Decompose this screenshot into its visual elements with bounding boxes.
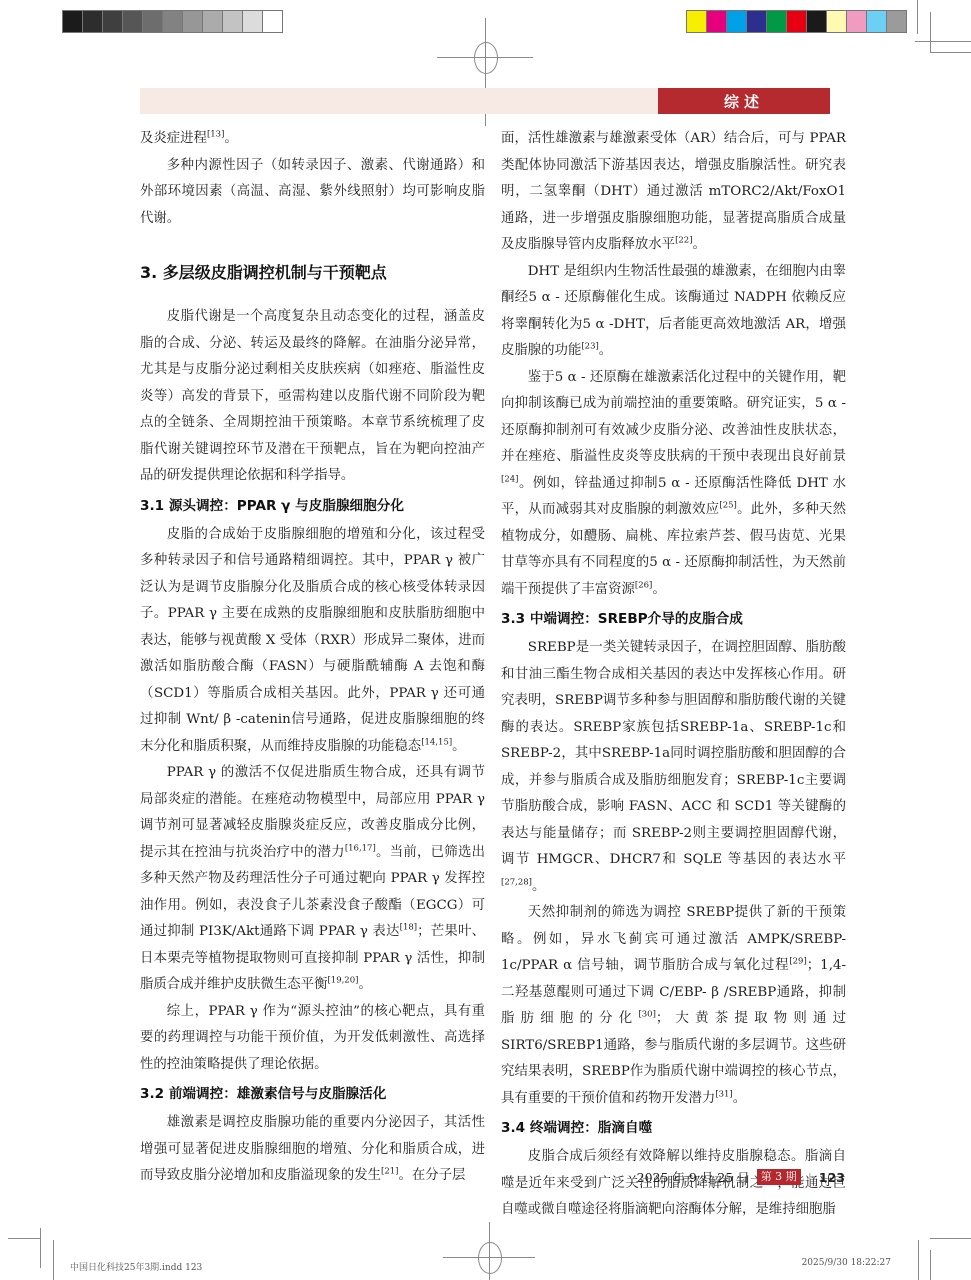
citation-ref: [26] bbox=[635, 580, 652, 590]
color-swatch bbox=[887, 11, 906, 32]
subsection-heading: 3.1 源头调控：PPAR γ 与皮脂腺细胞分化 bbox=[140, 493, 485, 520]
section-heading: 3. 多层级皮脂调控机制与干预靶点 bbox=[140, 262, 485, 284]
paragraph: PPAR γ 的激活不仅促进脂质生物合成，还具有调节局部炎症的潜能。在痤疮动物模… bbox=[140, 760, 485, 999]
color-swatch bbox=[807, 11, 827, 32]
color-swatch bbox=[707, 11, 727, 32]
citation-ref: [23] bbox=[581, 342, 598, 352]
footer-separator: | bbox=[808, 1170, 812, 1185]
subsection-heading: 3.4 终端调控：脂滴自噬 bbox=[501, 1115, 846, 1142]
crop-mark bbox=[8, 1238, 41, 1239]
color-swatch bbox=[767, 11, 787, 32]
citation-ref: [31] bbox=[715, 1089, 732, 1099]
registration-circle-bottom bbox=[478, 1242, 502, 1274]
paragraph: 及炎症进程[13]。 bbox=[140, 126, 485, 153]
crop-mark bbox=[930, 52, 971, 53]
footer-pageline: 2025 年 9 月 25 日 第 3 期 | 123 bbox=[637, 1168, 845, 1186]
color-swatch bbox=[747, 11, 767, 32]
paragraph: 鉴于5 α - 还原酶在雄激素活化过程中的关键作用，靶向抑制该酶已成为前端控油的… bbox=[501, 365, 846, 604]
crop-mark bbox=[930, 1250, 931, 1280]
paragraph: 皮脂代谢是一个高度复杂且动态变化的过程，涵盖皮脂的合成、分泌、转运及最终的降解。… bbox=[140, 304, 485, 490]
article-body: 及炎症进程[13]。多种内源性因子（如转录因子、激素、代谢通路）和外部环境因素（… bbox=[140, 126, 846, 1224]
grayscale-swatch bbox=[123, 11, 143, 32]
color-swatch bbox=[727, 11, 747, 32]
page-number: 123 bbox=[819, 1170, 845, 1185]
paragraph: 综上，PPAR γ 作为“源头控油”的核心靶点，具有重要的药理调控与功能干预价值… bbox=[140, 999, 485, 1079]
citation-ref: [13] bbox=[207, 130, 224, 140]
paragraph: 皮脂的合成始于皮脂腺细胞的增殖和分化，该过程受多种转录因子和信号通路精细调控。其… bbox=[140, 522, 485, 761]
print-slug-filename: 中国日化科技25年3期.indd 123 bbox=[70, 1260, 202, 1273]
grayscale-swatch bbox=[183, 11, 203, 32]
crop-mark bbox=[930, 1238, 971, 1239]
color-swatch bbox=[687, 11, 707, 32]
citation-ref: [14,15] bbox=[421, 737, 452, 747]
crop-mark bbox=[915, 41, 971, 42]
color-calibration-bar bbox=[686, 10, 907, 33]
citation-ref: [30] bbox=[638, 1010, 655, 1020]
subsection-heading: 3.3 中端调控：SREBP介导的皮脂合成 bbox=[501, 606, 846, 633]
color-swatch bbox=[787, 11, 807, 32]
grayscale-swatch bbox=[63, 11, 83, 32]
citation-ref: [29] bbox=[789, 957, 806, 967]
grayscale-swatch bbox=[203, 11, 223, 32]
footer-date: 2025 年 9 月 25 日 bbox=[637, 1168, 750, 1186]
journal-page: 综述 及炎症进程[13]。多种内源性因子（如转录因子、激素、代谢通路）和外部环境… bbox=[0, 0, 971, 1280]
crop-mark bbox=[40, 1228, 41, 1268]
citation-ref: [16,17] bbox=[345, 843, 376, 853]
issue-badge: 第 3 期 bbox=[757, 1169, 801, 1185]
citation-ref: [22] bbox=[675, 236, 692, 246]
color-swatch bbox=[827, 11, 847, 32]
grayscale-swatch bbox=[83, 11, 103, 32]
grayscale-swatch bbox=[263, 11, 282, 32]
paragraph: DHT 是组织内生物活性最强的雄激素，在细胞内由睾酮经5 α - 还原酶催化生成… bbox=[501, 259, 846, 365]
registration-circle-top bbox=[474, 42, 498, 74]
paragraph: 面，活性雄激素与雄激素受体（AR）结合后，可与 PPAR 类配体协同激活下游基因… bbox=[501, 126, 846, 259]
citation-ref: [25] bbox=[719, 501, 736, 511]
citation-ref: [24] bbox=[501, 474, 518, 484]
crop-mark bbox=[917, 0, 918, 34]
crop-mark bbox=[918, 1240, 919, 1280]
print-slug-timestamp: 2025/9/30 18:22:27 bbox=[802, 1258, 891, 1268]
paragraph: 雄激素是调控皮脂腺功能的重要内分泌因子，其活性增强可显著促进皮脂腺细胞的增殖、分… bbox=[140, 1110, 485, 1190]
crop-mark bbox=[53, 1240, 54, 1280]
left-column: 及炎症进程[13]。多种内源性因子（如转录因子、激素、代谢通路）和外部环境因素（… bbox=[140, 126, 485, 1224]
registration-crosshair-bottom-vertical bbox=[489, 1222, 490, 1280]
paragraph: 多种内源性因子（如转录因子、激素、代谢通路）和外部环境因素（高温、高湿、紫外线照… bbox=[140, 153, 485, 233]
citation-ref: [27,28] bbox=[501, 877, 532, 887]
citation-ref: [19,20] bbox=[327, 976, 358, 986]
paragraph: SREBP是一类关键转录因子，在调控胆固醇、脂肪酸和甘油三酯生物合成相关基因的表… bbox=[501, 635, 846, 900]
header-band: 综述 bbox=[140, 88, 830, 114]
right-column: 面，活性雄激素与雄激素受体（AR）结合后，可与 PPAR 类配体协同激活下游基因… bbox=[501, 126, 846, 1224]
color-swatch bbox=[847, 11, 867, 32]
grayscale-swatch bbox=[163, 11, 183, 32]
grayscale-swatch bbox=[143, 11, 163, 32]
grayscale-swatch bbox=[243, 11, 263, 32]
citation-ref: [18] bbox=[400, 923, 417, 933]
section-tag: 综述 bbox=[658, 88, 830, 114]
grayscale-calibration-bar bbox=[62, 10, 283, 33]
grayscale-swatch bbox=[223, 11, 243, 32]
crop-mark bbox=[930, 12, 931, 52]
color-swatch bbox=[867, 11, 887, 32]
subsection-heading: 3.2 前端调控：雄激素信号与皮脂腺活化 bbox=[140, 1081, 485, 1108]
grayscale-swatch bbox=[103, 11, 123, 32]
paragraph: 天然抑制剂的筛选为调控 SREBP提供了新的干预策略。例如，异水飞蓟宾可通过激活… bbox=[501, 900, 846, 1112]
citation-ref: [21] bbox=[381, 1167, 398, 1177]
